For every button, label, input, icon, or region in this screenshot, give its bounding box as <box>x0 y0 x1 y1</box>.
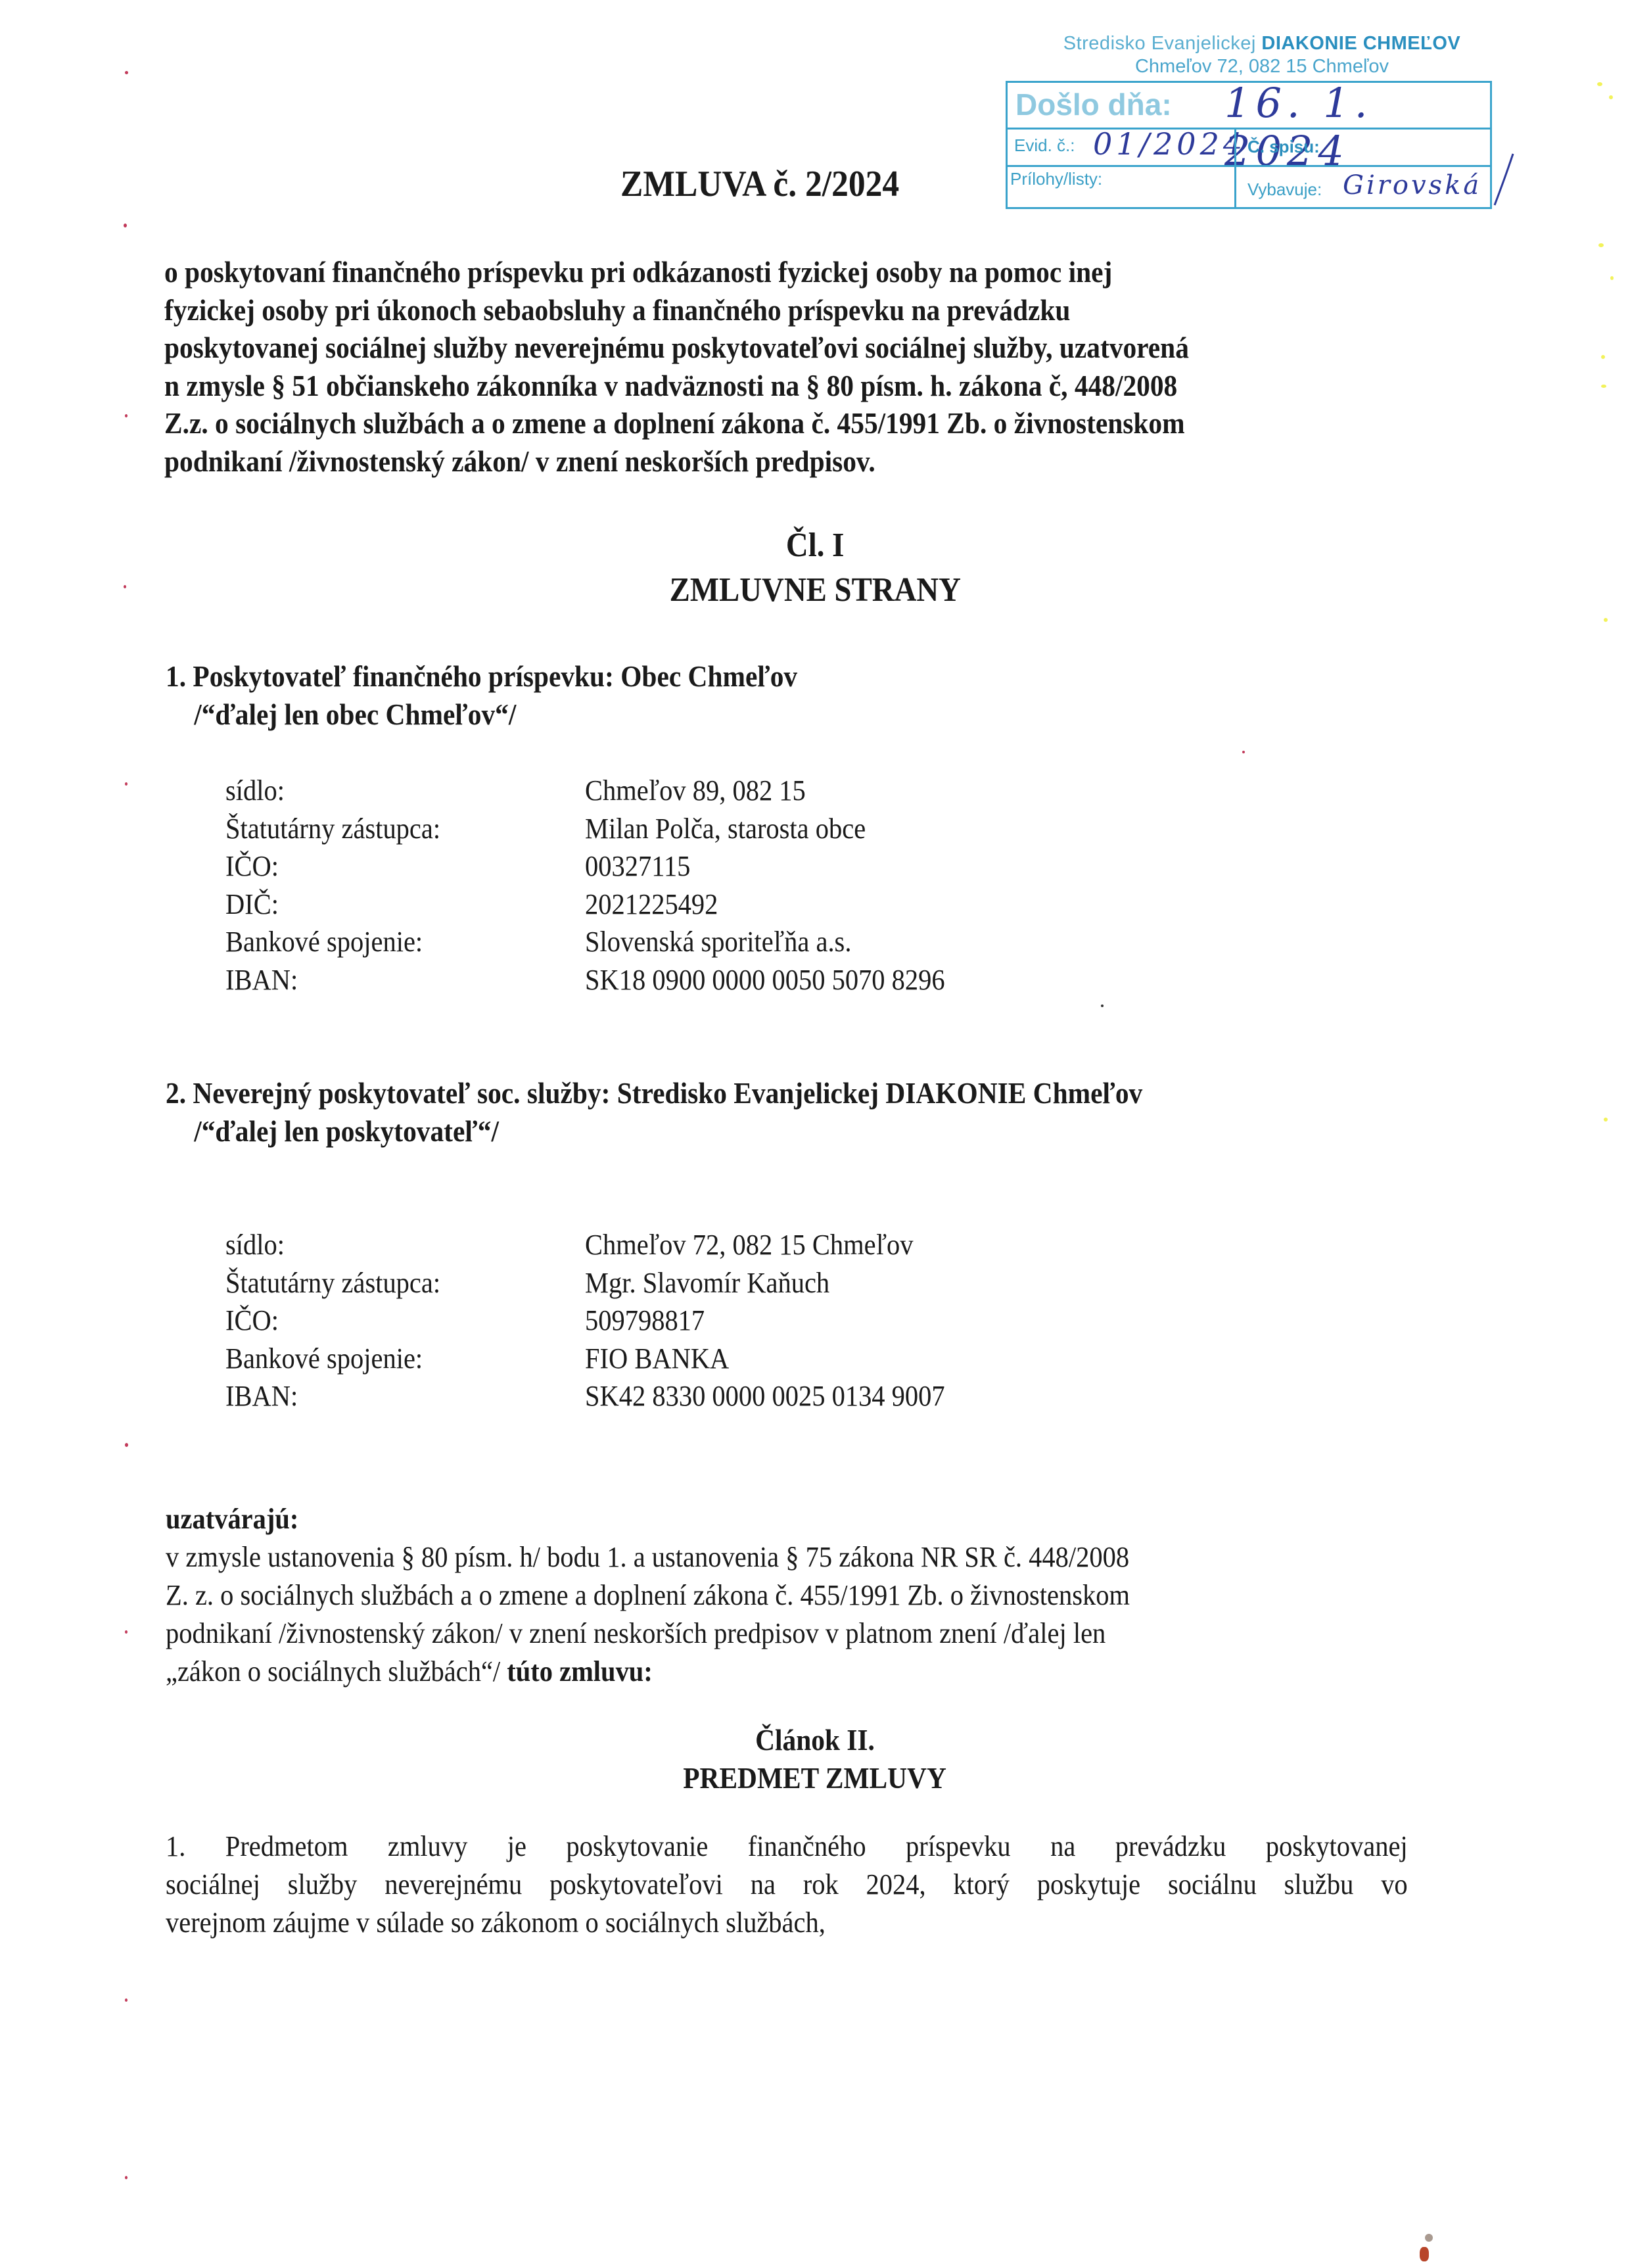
party-2-heading: 2. Neverejný poskytovateľ soc. služby: S… <box>166 1074 1251 1150</box>
scan-speck <box>1601 355 1605 359</box>
stamp-attachments-label: Prílohy/listy: <box>1010 169 1102 189</box>
scan-speck <box>1604 618 1608 622</box>
scan-speck <box>1101 1004 1104 1007</box>
conclusion-heading: uzatvárajú: <box>166 1500 1130 1538</box>
stamp-received-row: Došlo dňa: 16. 1. 2024 <box>1008 83 1490 130</box>
scan-speck <box>124 585 126 588</box>
scan-speck <box>1598 243 1604 247</box>
document-title: ZMLUVA č. 2/2024 <box>620 163 899 205</box>
intro-line: fyzickej osoby pri úkonoch sebaobsluhy a… <box>164 291 1324 329</box>
scan-speck <box>1609 95 1613 99</box>
stamp-evid-label: Evid. č.: <box>1014 135 1075 156</box>
paragraph-line: 1. Predmetom zmluvy je poskytovanie fina… <box>166 1828 1408 1866</box>
scan-speck <box>125 414 128 417</box>
intro-line: Z.z. o sociálnych službách a o zmene a d… <box>164 404 1324 442</box>
paragraph-line: sociálnej služby neverejnému poskytovate… <box>166 1866 1408 1904</box>
intro-line: n zmysle § 51 občianskeho zákonníka v na… <box>164 367 1324 405</box>
registry-stamp: Stredisko Evanjelickej DIAKONIE CHMEĽOV … <box>999 30 1485 207</box>
stamp-bottom-row: Prílohy/listy: Vybavuje: Girovská <box>1008 165 1490 207</box>
scan-speck <box>1420 2247 1429 2261</box>
scan-speck <box>125 2176 128 2179</box>
article-2-number: Článok II. <box>0 1722 1630 1757</box>
contract-description: o poskytovaní finančného príspevku pri o… <box>164 253 1453 480</box>
scan-speck <box>1604 1118 1608 1122</box>
document-page: Stredisko Evanjelickej DIAKONIE CHMEĽOV … <box>0 0 1630 2268</box>
scan-speck <box>125 1630 128 1634</box>
scan-speck <box>125 782 128 786</box>
article-2-paragraph: 1. Predmetom zmluvy je poskytovanie fina… <box>166 1828 1408 1942</box>
scan-speck <box>1601 385 1606 388</box>
article-1-heading: ZMLUVNE STRANY <box>0 571 1630 609</box>
stamp-evid-row: Evid. č.: 01/2024 Č. spisu: <box>1008 128 1490 167</box>
scan-speck <box>125 1998 128 2002</box>
intro-line: o poskytovaní finančného príspevku pri o… <box>164 253 1324 291</box>
stamp-organization: Stredisko Evanjelickej DIAKONIE CHMEĽOV <box>1038 33 1485 55</box>
party-1-heading: 1. Poskytovateľ finančného príspevku: Ob… <box>166 657 868 734</box>
article-1-number: Čl. I <box>0 526 1630 565</box>
scan-speck <box>1425 2234 1433 2242</box>
article-2-heading: PREDMET ZMLUVY <box>0 1760 1630 1795</box>
conclusion-line: Z. z. o sociálnych službách a o zmene a … <box>166 1576 1130 1615</box>
intro-line: podnikaní /živnostenský zákon/ v znení n… <box>164 442 1324 481</box>
stamp-address: Chmeľov 72, 082 15 Chmeľov <box>1058 56 1466 78</box>
stamp-evid-value: 01/2024 <box>1093 126 1246 162</box>
stamp-handled-label: Vybavuje: <box>1247 179 1322 200</box>
scan-speck <box>1242 751 1245 753</box>
stamp-handled-value: Girovská <box>1343 170 1481 201</box>
intro-line: poskytovanej sociálnej služby neverejném… <box>164 329 1324 367</box>
conclusion-line: v zmysle ustanovenia § 80 písm. h/ bodu … <box>166 1538 1130 1576</box>
stamp-received-label: Došlo dňa: <box>1015 87 1172 122</box>
stamp-box: Došlo dňa: 16. 1. 2024 Evid. č.: 01/2024… <box>1006 81 1492 209</box>
signature-stroke-icon <box>1491 151 1517 210</box>
paragraph-line: verejnom záujme v súlade so zákonom o so… <box>166 1904 1408 1942</box>
conclusion-line: „zákon o sociálnych službách“/ túto zmlu… <box>166 1653 1130 1691</box>
conclusion-paragraph: uzatvárajú: v zmysle ustanovenia § 80 pí… <box>166 1500 1214 1691</box>
scan-speck <box>1610 276 1614 280</box>
scan-speck <box>125 1443 128 1447</box>
scan-speck <box>125 71 128 74</box>
stamp-file-label: Č. spisu: <box>1247 137 1320 157</box>
scan-speck <box>124 224 127 227</box>
conclusion-line: podnikaní /živnostenský zákon/ v znení n… <box>166 1615 1130 1653</box>
scan-speck <box>1597 82 1602 86</box>
